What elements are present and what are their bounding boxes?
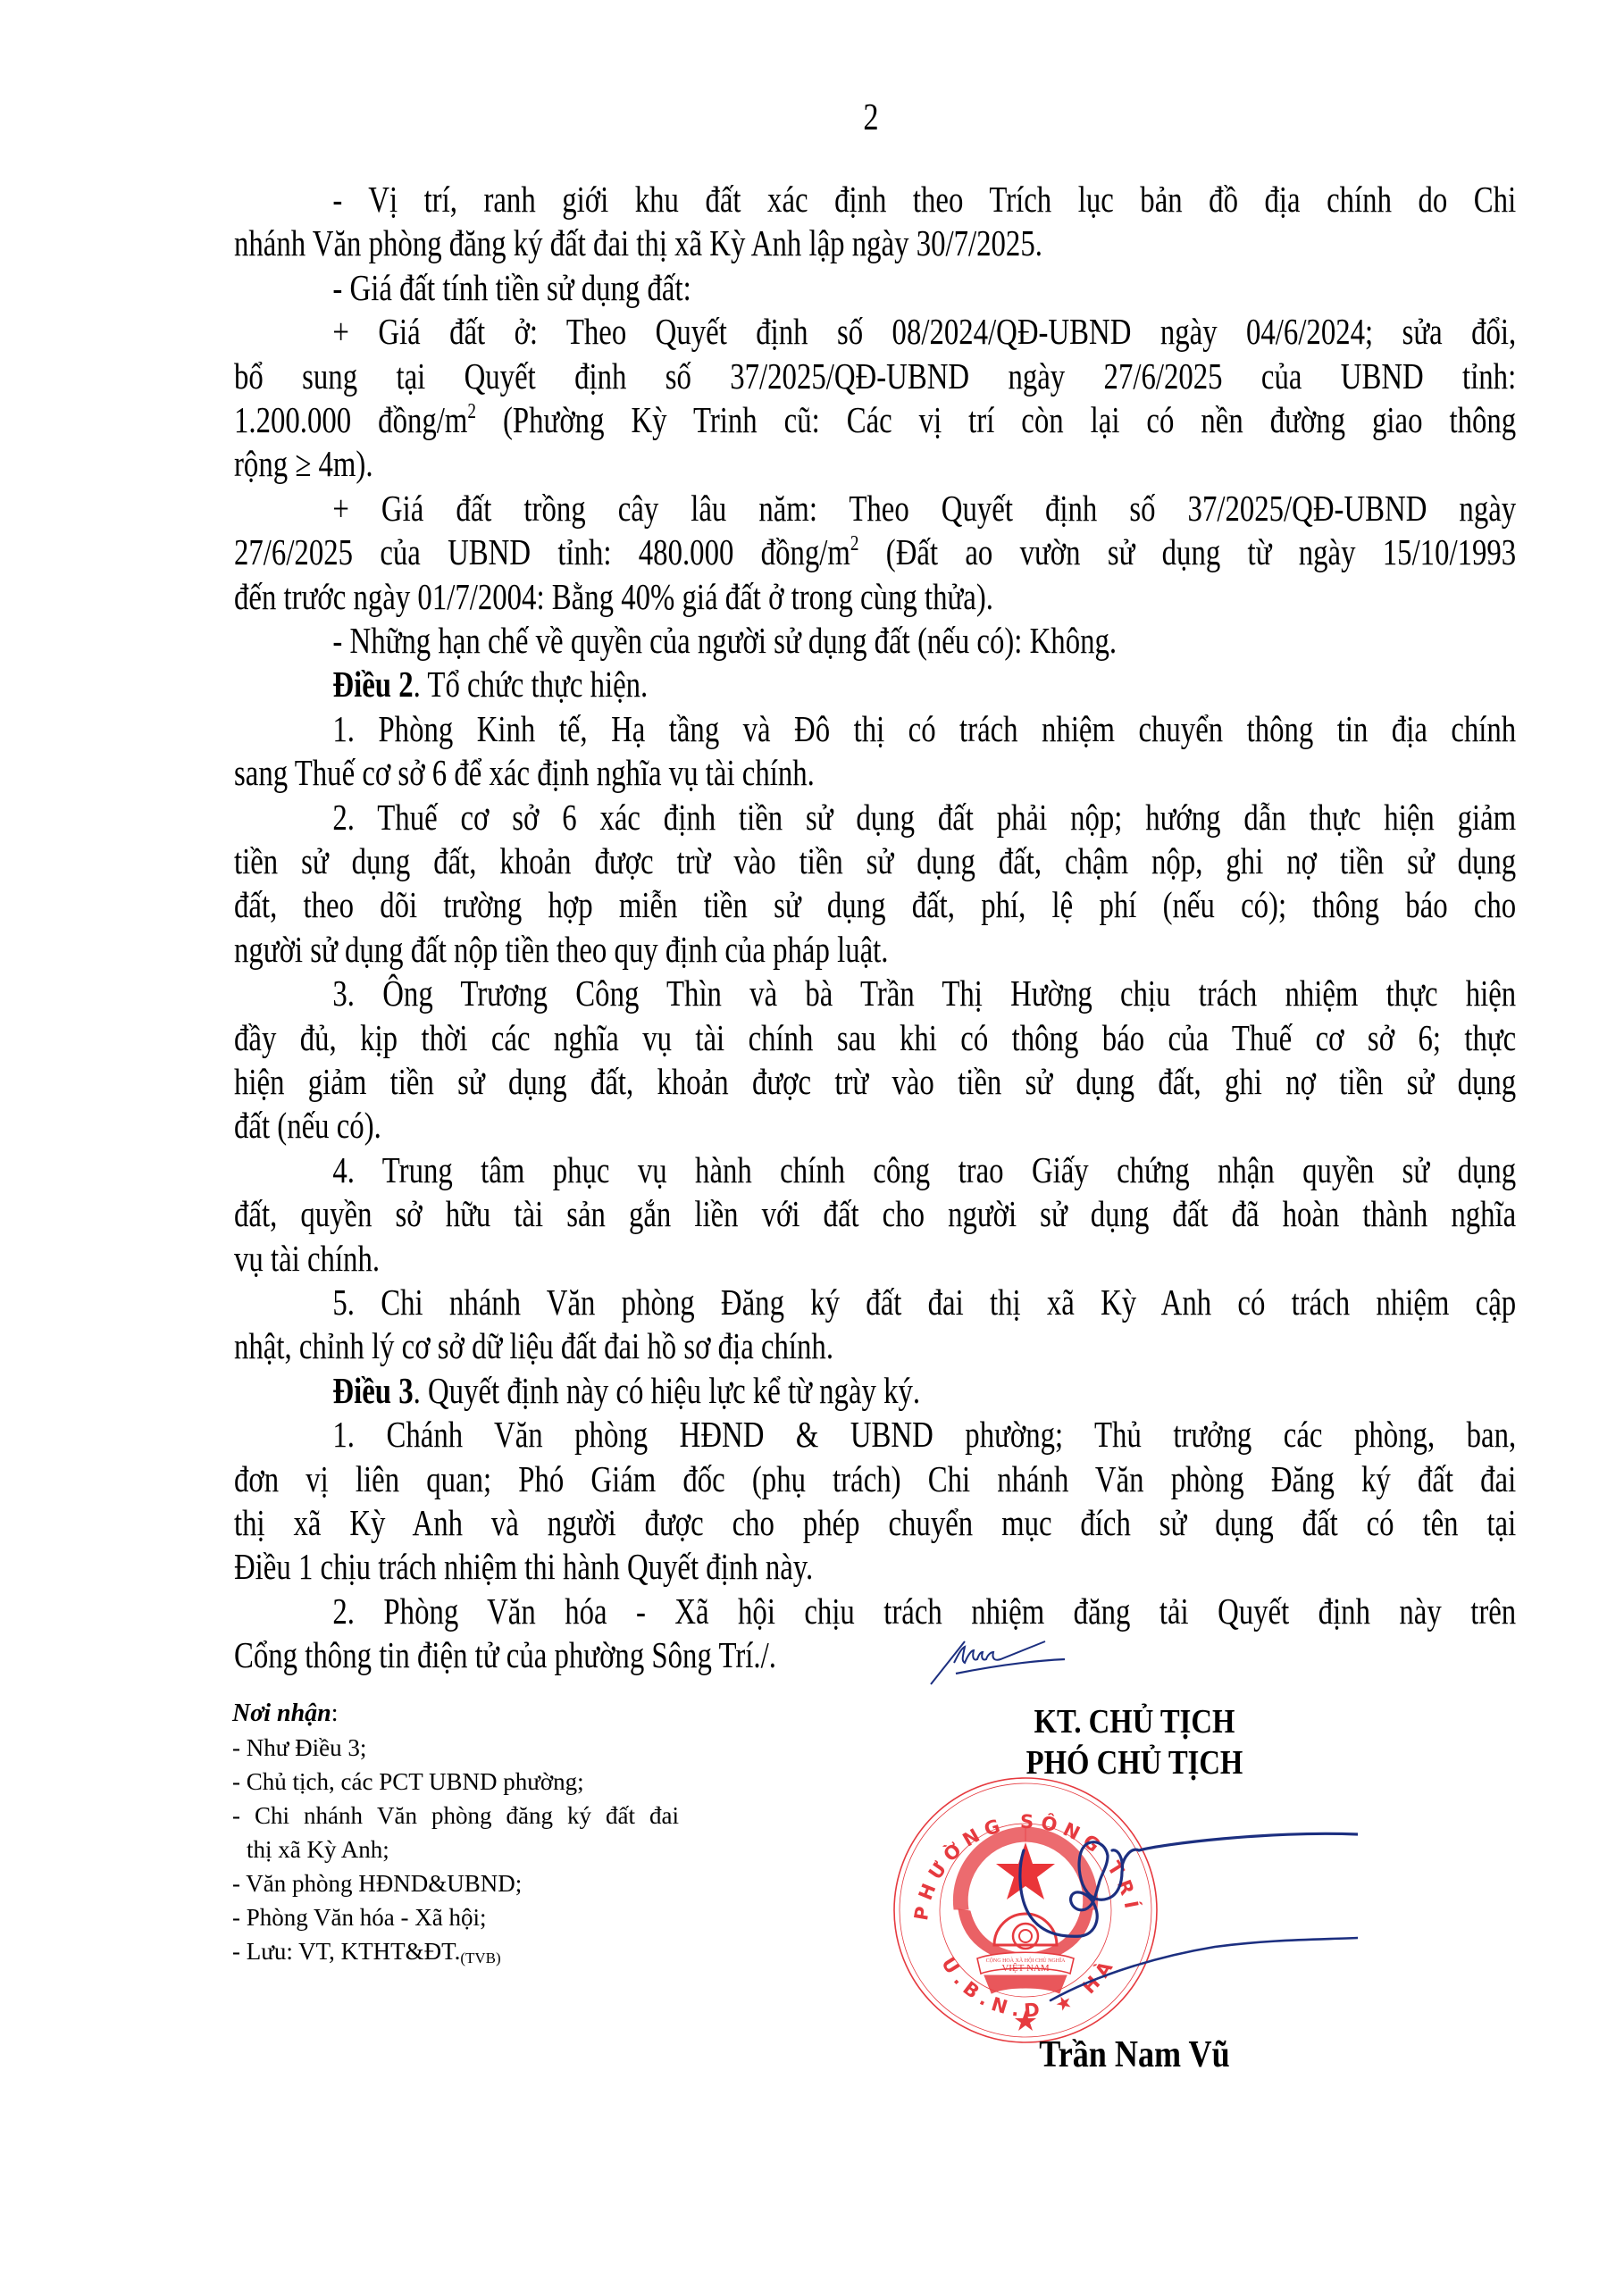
signer-position-line1: KT. CHỦ TỊCH	[981, 1701, 1288, 1742]
body-line: + Giá đất trồng cây lâu năm: Theo Quyết …	[234, 486, 1516, 530]
body-line: 1. Phòng Kinh tế, Hạ tầng và Đô thị có t…	[234, 706, 1516, 751]
body-line: 27/6/2025 của UBND tỉnh: 480.000 đồng/m2…	[234, 530, 1516, 574]
body-line: thị xã Kỳ Anh và người được cho phép chu…	[234, 1500, 1516, 1545]
recipient-item: -ChinhánhVănphòngđăngkýđấtđai	[232, 1799, 679, 1833]
body-line: 2. Phòng Văn hóa - Xã hội chịu trách nhi…	[234, 1589, 1516, 1633]
body-line: đơn vị liên quan; Phó Giám đốc (phụ trác…	[234, 1457, 1516, 1501]
body-line: 3. Ông Trương Công Thìn và bà Trần Thị H…	[234, 971, 1516, 1015]
body-line: Điều 2. Tổ chức thực hiện.	[234, 662, 1516, 706]
recipient-item: - Chủ tịch, các PCT UBND phường;	[232, 1765, 697, 1799]
article-heading: Điều 3	[332, 1370, 413, 1411]
body-line: - Vị trí, ranh giới khu đất xác định the…	[234, 177, 1516, 221]
body-line: nhánh Văn phòng đăng ký đất đai thị xã K…	[234, 221, 1516, 265]
page-number: 2	[798, 96, 944, 139]
body-line: - Những hạn chế về quyền của người sử dụ…	[234, 618, 1516, 663]
recipient-item: thị xã Kỳ Anh;	[232, 1833, 697, 1866]
recipients-block: Nơi nhận: - Như Điều 3; - Chủ tịch, các …	[232, 1697, 697, 1975]
body-line: đất, theo dõi trường hợp miễn tiền sử dụ…	[234, 882, 1516, 927]
body-line: hiện giảm tiền sử dụng đất, khoản được t…	[234, 1059, 1516, 1104]
document-page: 2 - Vị trí, ranh giới khu đất xác định t…	[0, 0, 1624, 2296]
recipient-item: - Phòng Văn hóa - Xã hội;	[232, 1900, 697, 1934]
body-line: vụ tài chính.	[234, 1236, 1516, 1281]
body-line: rộng ≥ 4m).	[234, 441, 1516, 486]
body-line: người sử dụng đất nộp tiền theo quy định…	[234, 927, 1516, 972]
body-line: Điều 3. Quyết định này có hiệu lực kể từ…	[234, 1368, 1516, 1413]
body-line: đất (nếu có).	[234, 1103, 1516, 1148]
handwritten-signature-icon	[893, 1813, 1358, 2018]
initials-mark-icon	[929, 1636, 1072, 1688]
body-line: - Giá đất tính tiền sử dụng đất:	[234, 265, 1516, 310]
body-line: 1.200.000 đồng/m2 (Phường Kỳ Trinh cũ: C…	[234, 397, 1516, 442]
recipient-item: - Như Điều 3;	[232, 1731, 697, 1765]
body-line: đất, quyền sở hữu tài sản gắn liền với đ…	[234, 1191, 1516, 1236]
body-line: 4. Trung tâm phục vụ hành chính công tra…	[234, 1148, 1516, 1192]
body-line: đến trước ngày 01/7/2004: Bằng 40% giá đ…	[234, 574, 1516, 619]
body-line: + Giá đất ở: Theo Quyết định số 08/2024/…	[234, 309, 1516, 354]
signer-name: Trần Nam Vũ	[981, 2033, 1288, 2076]
body-line: Cổng thông tin điện tử của phường Sông T…	[234, 1632, 1516, 1677]
body-line: tiền sử dụng đất, khoản được trừ vào tiề…	[234, 839, 1516, 883]
recipients-title: Nơi nhận:	[232, 1697, 697, 1731]
body-line: 5. Chi nhánh Văn phòng Đăng ký đất đai t…	[234, 1280, 1516, 1324]
body-line: sang Thuế cơ sở 6 để xác định nghĩa vụ t…	[234, 750, 1516, 795]
signature-title-block: KT. CHỦ TỊCH PHÓ CHỦ TỊCH	[956, 1701, 1313, 1783]
body-line: 1. Chánh Văn phòng HĐND & UBND phường; T…	[234, 1412, 1516, 1457]
recipient-item: - Văn phòng HĐND&UBND;	[232, 1866, 697, 1900]
body-line: nhật, chỉnh lý cơ sở dữ liệu đất đai hồ …	[234, 1323, 1516, 1368]
body-line: 2. Thuế cơ sở 6 xác định tiền sử dụng đấ…	[234, 795, 1516, 839]
article-heading: Điều 2	[332, 664, 413, 705]
body-line: đầy đủ, kịp thời các nghĩa vụ tài chính …	[234, 1015, 1516, 1060]
body-line: bổ sung tại Quyết định số 37/2025/QĐ-UBN…	[234, 354, 1516, 398]
body-line: Điều 1 chịu trách nhiệm thi hành Quyết đ…	[234, 1544, 1516, 1589]
recipient-item: - Lưu: VT, KTHT&ĐT.(TVB)	[232, 1934, 697, 1975]
